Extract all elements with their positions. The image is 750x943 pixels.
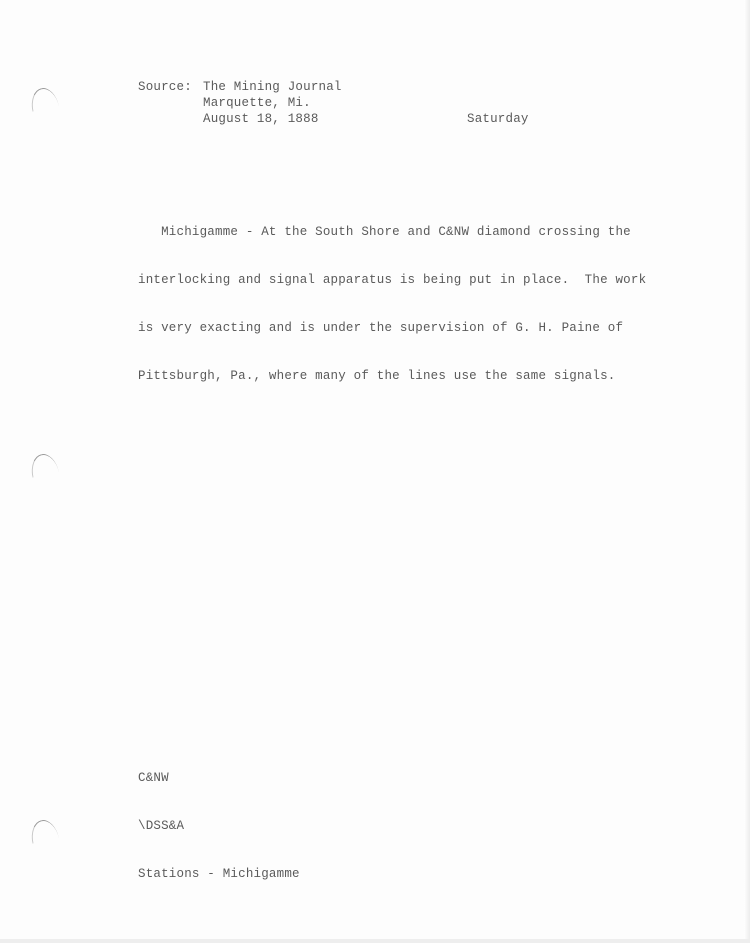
document-page: Source: The Mining Journal Marquette, Mi…	[0, 0, 750, 943]
punch-hole-icon	[28, 451, 59, 477]
punch-hole-icon	[28, 85, 59, 111]
punch-hole-icon	[28, 817, 59, 843]
source-city: Marquette, Mi.	[203, 95, 311, 111]
tag-line: \DSS&A	[138, 818, 300, 834]
source-publication: The Mining Journal	[203, 79, 342, 95]
index-tags: C&NW \DSS&A Stations - Michigamme	[138, 738, 300, 914]
tag-line: Stations - Michigamme	[138, 866, 300, 882]
article-line: Pittsburgh, Pa., where many of the lines…	[138, 368, 646, 384]
source-weekday: Saturday	[467, 111, 529, 127]
article-body: Michigamme - At the South Shore and C&NW…	[138, 192, 646, 416]
page-bottom-shadow	[0, 939, 750, 943]
page-edge-shadow	[744, 0, 750, 943]
tag-line: C&NW	[138, 770, 300, 786]
source-date: August 18, 1888	[203, 111, 319, 127]
article-line: is very exacting and is under the superv…	[138, 320, 646, 336]
article-line: Michigamme - At the South Shore and C&NW…	[138, 224, 646, 240]
source-label: Source:	[138, 79, 192, 95]
article-line: interlocking and signal apparatus is bei…	[138, 272, 646, 288]
